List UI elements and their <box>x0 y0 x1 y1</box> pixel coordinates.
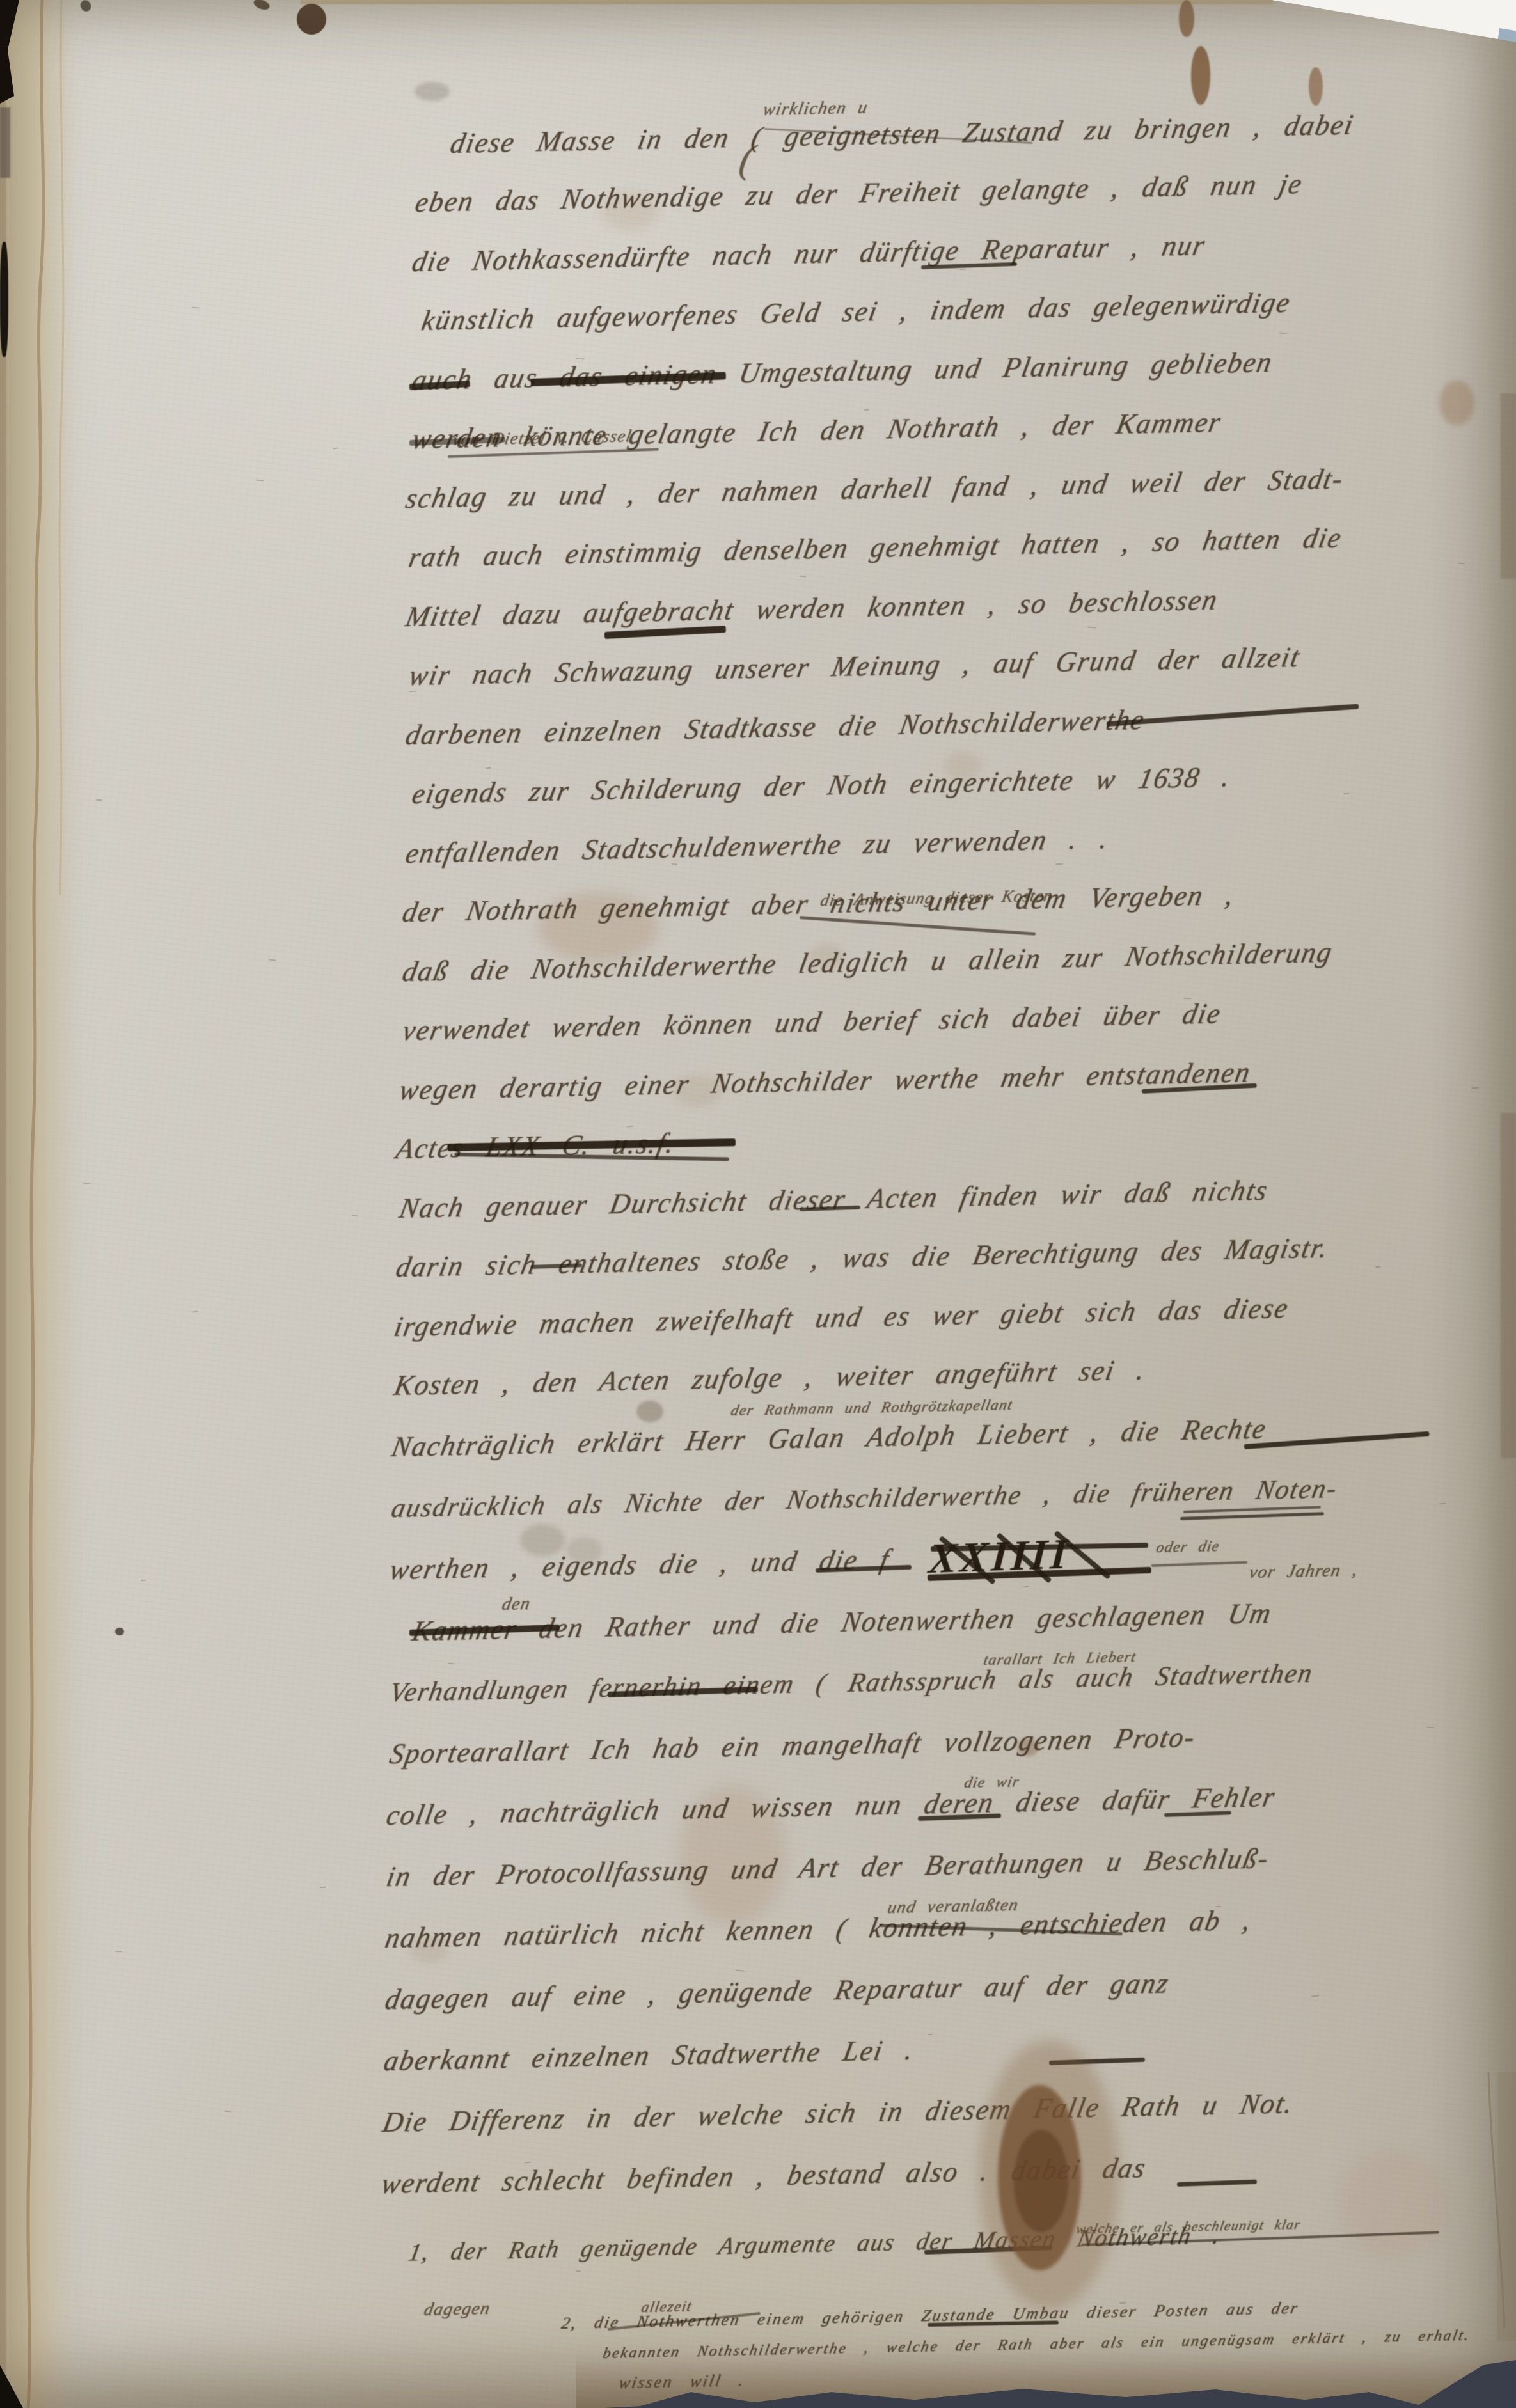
interlinear-insertion: die wir <box>963 1774 1021 1792</box>
paper-fleck <box>1375 1266 1380 1268</box>
right-page-seam <box>1497 2072 1516 2341</box>
ink-blot <box>1191 46 1210 105</box>
page: XXIIII diese Masse in den ( geeignetsten… <box>0 0 1516 2408</box>
footnote-line: wissen will . <box>617 2370 746 2392</box>
paper-fleck <box>928 2034 933 2035</box>
interlinear-insertion: vor Jahren , <box>1247 1560 1360 1583</box>
paper-fleck <box>1183 998 1191 999</box>
ink-blot <box>1179 0 1194 37</box>
stain <box>1337 2149 1446 2258</box>
interlinear-insertion: dagegen <box>422 2298 492 2320</box>
stain <box>415 82 450 101</box>
interlinear-insertion: wirklichen u <box>761 97 870 120</box>
top-paper-edge <box>301 0 1273 4</box>
edge-streak-left <box>0 242 8 357</box>
right-edge-shading <box>1501 393 1516 579</box>
interlinear-insertion: und veranlaßten <box>886 1894 1020 1917</box>
ink-blot <box>297 4 326 35</box>
scanned-manuscript: XXIIII diese Masse in den ( geeignetsten… <box>0 0 1516 2408</box>
right-edge-shading <box>1501 1113 1516 1458</box>
ink-blot <box>1014 2130 1068 2232</box>
interlinear-insertion: oder die <box>1155 1538 1221 1557</box>
edge-streak-left <box>0 107 10 178</box>
ink-blot <box>1309 67 1323 106</box>
stain <box>636 1401 663 1422</box>
interlinear-insertion: den <box>500 1594 532 1615</box>
interlinear-insertion: tarallart Ich Liebert <box>982 1649 1138 1669</box>
stain <box>1439 381 1474 425</box>
ink-blot <box>115 1628 124 1635</box>
paper-fleck <box>576 2270 581 2272</box>
